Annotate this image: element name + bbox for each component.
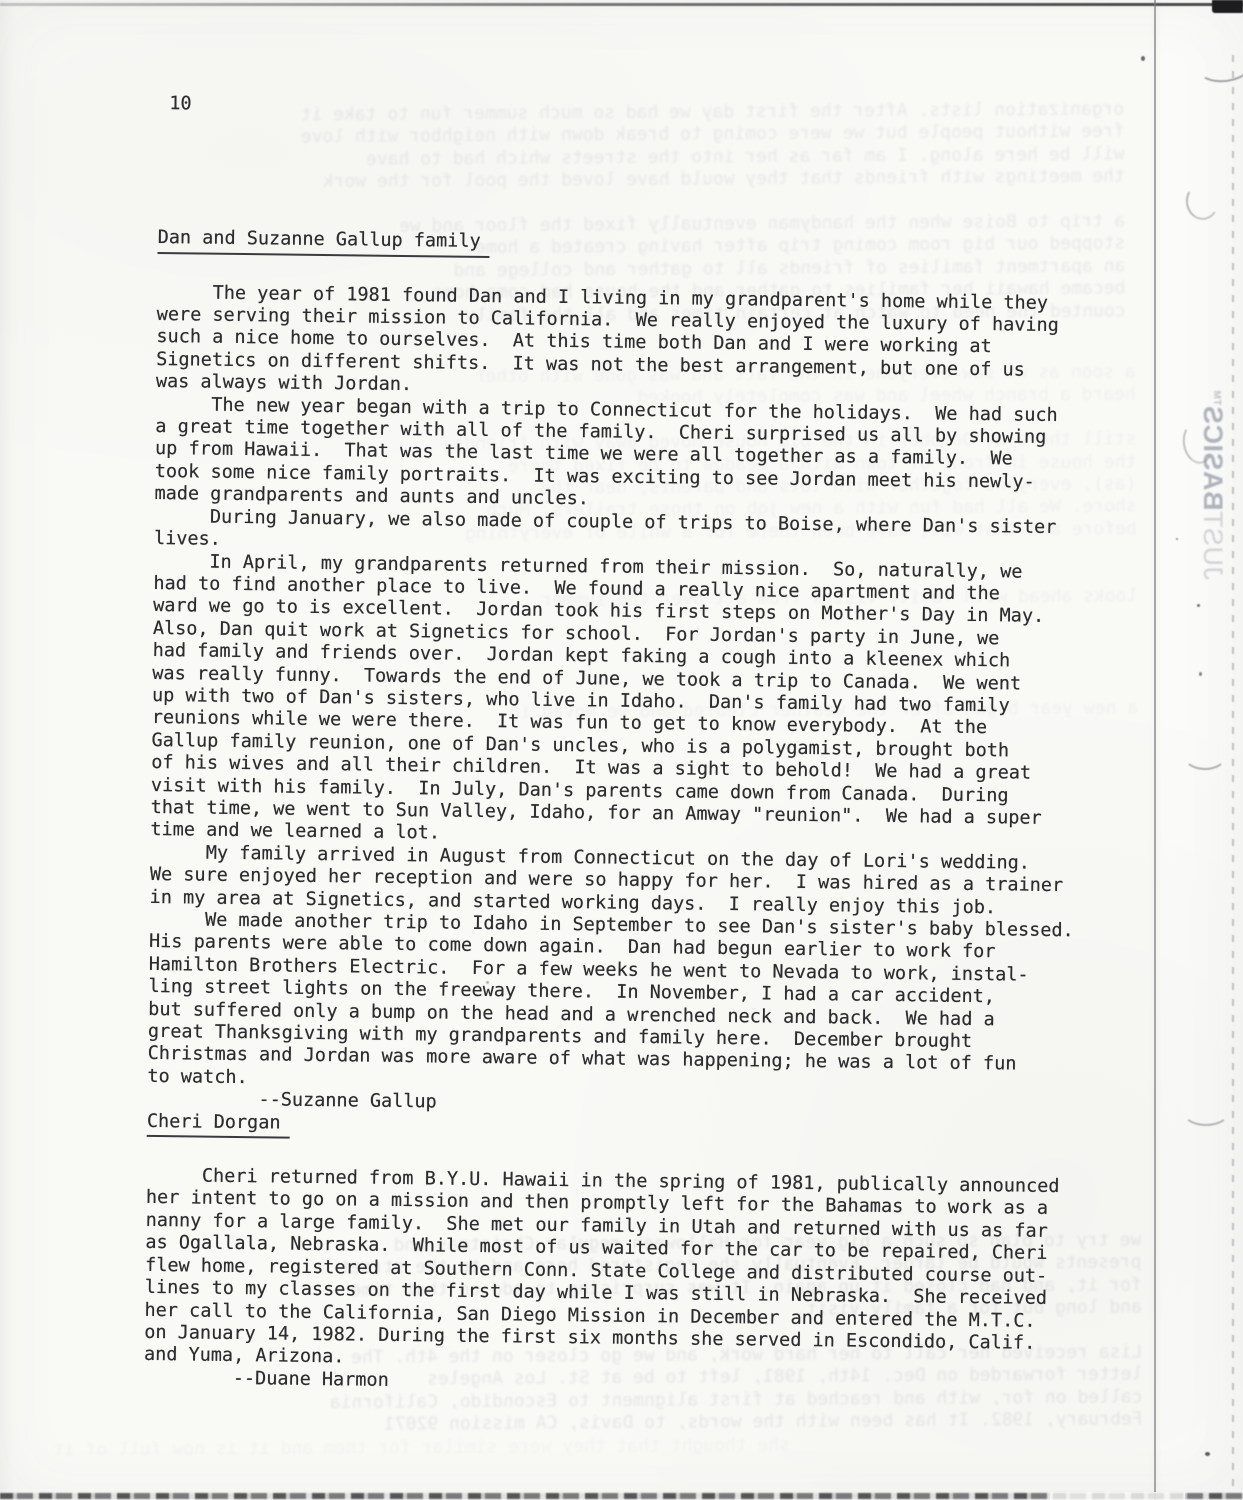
paragraph: Cheri returned from B.Y.U. Hawaii in the… bbox=[144, 1165, 1126, 1379]
dust-speck bbox=[1141, 56, 1145, 61]
stamp-brand-light: JUST bbox=[1198, 511, 1228, 581]
dust-speck bbox=[486, 981, 489, 984]
dust-speck bbox=[1205, 1452, 1210, 1456]
perforation-line bbox=[1232, 55, 1234, 1495]
stamp-trademark: TM bbox=[1211, 390, 1222, 405]
section-heading: Dan and Suzanne Gallup family bbox=[157, 227, 1137, 265]
section-cheri-dorgan: Cheri Dorgan Cheri returned from B.Y.U. … bbox=[144, 1111, 1127, 1401]
scanned-page: organization lists. After the first day … bbox=[0, 0, 1243, 1500]
dust-speck bbox=[1199, 672, 1202, 676]
hole-punch-mark bbox=[1194, 42, 1243, 86]
justbasics-stamp: JUSTBASICSTM bbox=[1186, 380, 1230, 580]
section-gallup-family: Dan and Suzanne Gallup family The year o… bbox=[147, 227, 1138, 1122]
justbasics-stamp-text: JUSTBASICSTM bbox=[1188, 380, 1228, 580]
hole-punch-mark bbox=[1183, 181, 1222, 223]
corner-mark-top-right bbox=[1212, 0, 1243, 13]
blank-line bbox=[158, 160, 1138, 194]
page-edge-right bbox=[1154, 0, 1156, 1500]
paragraph: We made another trip to Idaho in Septemb… bbox=[147, 909, 1129, 1100]
dust-speck bbox=[1176, 538, 1178, 540]
scan-edge-bottom-gap bbox=[1050, 1492, 1185, 1500]
dust-speck bbox=[1197, 604, 1200, 607]
typed-content: 10 Dan and Suzanne Gallup family The yea… bbox=[143, 48, 1140, 1446]
hole-punch-mark bbox=[1182, 1096, 1230, 1126]
hole-punch-mark bbox=[1183, 740, 1227, 770]
paragraph: The new year began with a trip to Connec… bbox=[154, 394, 1135, 518]
page-number: 10 bbox=[159, 93, 1139, 127]
paper-sheet: organization lists. After the first day … bbox=[0, 0, 1243, 1500]
paragraph: In April, my grandparents returned from … bbox=[150, 550, 1133, 853]
sections: Dan and Suzanne Gallup family The year o… bbox=[144, 227, 1138, 1401]
paragraph: The year of 1981 found Dan and I living … bbox=[156, 282, 1137, 406]
paragraph: My family arrived in August from Connect… bbox=[149, 842, 1130, 921]
scan-edge-top bbox=[0, 3, 1243, 6]
